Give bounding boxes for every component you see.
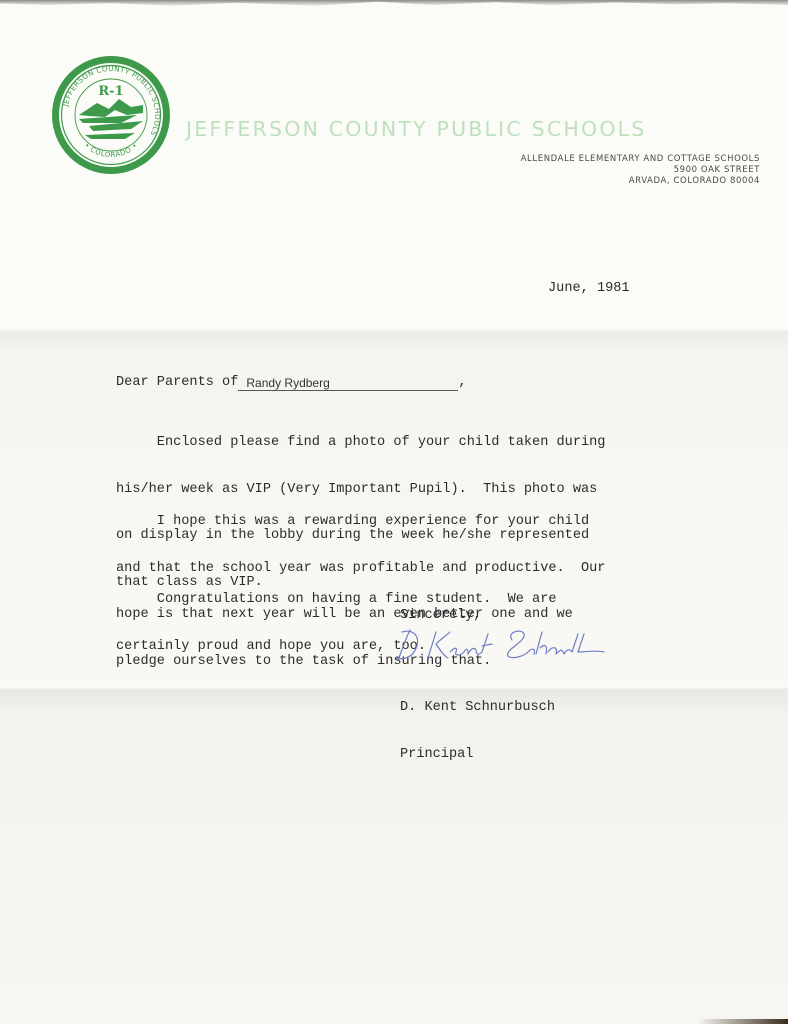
salutation-comma: , xyxy=(458,375,466,390)
salutation-prefix: Dear Parents of xyxy=(116,375,238,390)
child-name-field: Randy Rydberg xyxy=(238,377,458,391)
letter-paper: JEFFERSON COUNTY PUBLIC SCHOOLS • COLORA… xyxy=(0,0,788,1024)
district-seal-logo: JEFFERSON COUNTY PUBLIC SCHOOLS • COLORA… xyxy=(49,53,173,177)
paper-bottom-panel xyxy=(0,690,788,1024)
letter-date: June, 1981 xyxy=(548,281,630,297)
paragraph-line: Congratulations on having a fine student… xyxy=(116,592,557,608)
paper-corner-shadow xyxy=(698,1019,788,1024)
handwritten-signature xyxy=(392,622,607,664)
paragraph-line: Enclosed please find a photo of your chi… xyxy=(116,435,605,451)
seal-center-text: R-1 xyxy=(98,84,123,99)
city-state-zip: ARVADA, COLORADO 80004 xyxy=(521,176,760,187)
street-address: 5900 OAK STREET xyxy=(521,165,760,176)
paper-top-edge xyxy=(0,0,788,7)
signer-name: D. Kent Schnurbusch xyxy=(400,700,555,716)
school-name: ALLENDALE ELEMENTARY AND COTTAGE SCHOOLS xyxy=(521,154,760,165)
signer-title: Principal xyxy=(400,747,555,763)
school-address-block: ALLENDALE ELEMENTARY AND COTTAGE SCHOOLS… xyxy=(521,154,760,187)
salutation: Dear Parents ofRandy Rydberg, xyxy=(116,375,467,391)
district-name-heading: JEFFERSON COUNTY PUBLIC SCHOOLS xyxy=(186,117,647,141)
paragraph-line: I hope this was a rewarding experience f… xyxy=(116,514,605,530)
signer-block: D. Kent Schnurbusch Principal xyxy=(400,669,555,793)
